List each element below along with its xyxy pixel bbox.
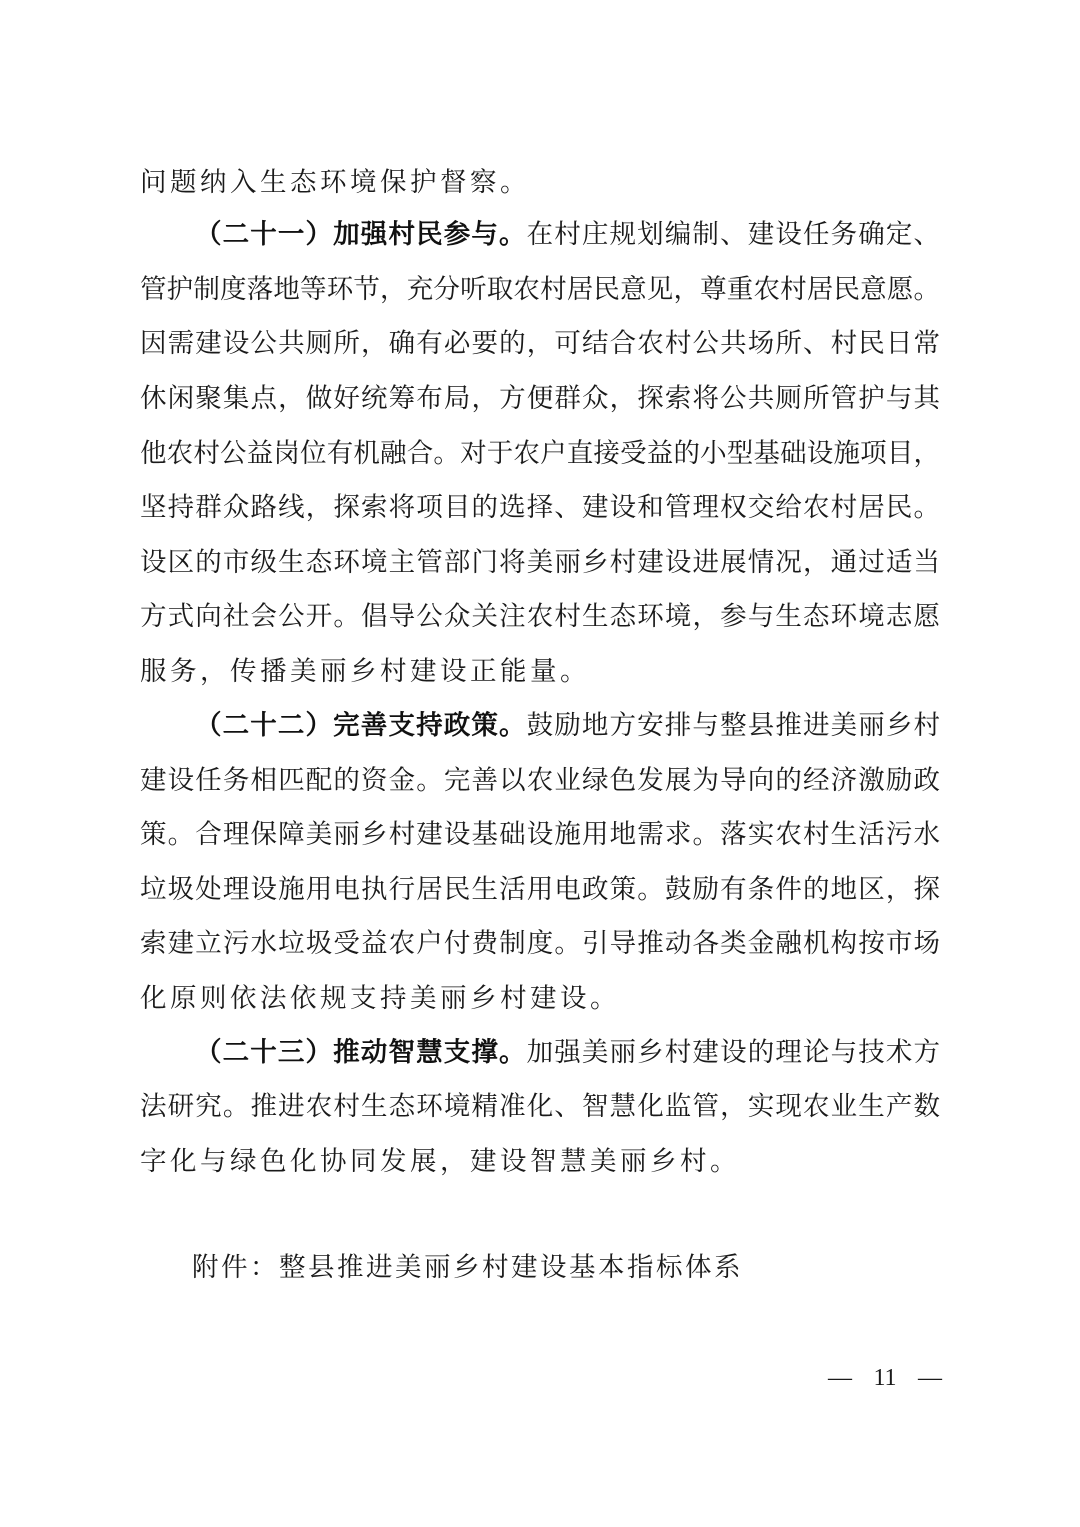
section-heading-line: （二十一）加强村民参与。在村庄规划编制、建设任务确定、 [195, 215, 940, 255]
paragraph-line: 垃圾处理设施用电执行居民生活用电政策。鼓励有条件的地区，探 [140, 870, 940, 910]
paragraph-line: 管护制度落地等环节，充分听取农村居民意见，尊重农村居民意愿。 [140, 270, 940, 310]
line-text: 管护制度落地等环节，充分听取农村居民意见，尊重农村居民意愿。 [140, 274, 940, 305]
paragraph-line: 坚持群众路线，探索将项目的选择、建设和管理权交给农村居民。 [140, 488, 940, 528]
line-text: 鼓励地方安排与整县推进美丽乡村 [527, 710, 940, 741]
line-text: 问题纳入生态环境保护督察。 [140, 167, 530, 198]
paragraph-line: 他农村公益岗位有机融合。对于农户直接受益的小型基础设施项目， [140, 434, 940, 474]
line-text: 因需建设公共厕所，确有必要的，可结合农村公共场所、村民日常 [140, 328, 940, 359]
line-text: 设区的市级生态环境主管部门将美丽乡村建设进展情况，通过适当 [140, 547, 940, 578]
page-number-left-dash: — [828, 1360, 852, 1396]
line-text: 方式向社会公开。倡导公众关注农村生态环境，参与生态环境志愿 [140, 601, 940, 632]
paragraph-line: 休闲聚集点，做好统筹布局，方便群众，探索将公共厕所管护与其 [140, 379, 940, 419]
section-heading: （二十二）完善支持政策。 [195, 710, 527, 741]
line-text: 坚持群众路线，探索将项目的选择、建设和管理权交给农村居民。 [140, 492, 940, 523]
line-text: 服务，传播美丽乡村建设正能量。 [140, 656, 590, 687]
section-heading: （二十一）加强村民参与。 [195, 219, 527, 250]
page-number-value: 11 [873, 1360, 896, 1396]
line-text: 索建立污水垃圾受益农户付费制度。引导推动各类金融机构按市场 [140, 928, 940, 959]
paragraph-line: 因需建设公共厕所，确有必要的，可结合农村公共场所、村民日常 [140, 324, 940, 364]
line-text: 策。合理保障美丽乡村建设基础设施用地需求。落实农村生活污水 [140, 819, 940, 850]
attachment-note: 附件：整县推进美丽乡村建设基本指标体系 [192, 1248, 743, 1288]
paragraph-line: 化原则依法依规支持美丽乡村建设。 [140, 979, 940, 1019]
section-heading-line: （二十三）推动智慧支撑。加强美丽乡村建设的理论与技术方 [195, 1033, 940, 1073]
page-number: — 11 — [828, 1360, 942, 1396]
paragraph-line: 策。合理保障美丽乡村建设基础设施用地需求。落实农村生活污水 [140, 815, 940, 855]
page-number-right-dash: — [918, 1360, 942, 1396]
document-page: 问题纳入生态环境保护督察。（二十一）加强村民参与。在村庄规划编制、建设任务确定、… [0, 0, 1080, 1527]
paragraph-line: 法研究。推进农村生态环境精准化、智慧化监管，实现农业生产数 [140, 1087, 940, 1127]
paragraph-line: 字化与绿色化协同发展，建设智慧美丽乡村。 [140, 1142, 940, 1182]
paragraph-line: 设区的市级生态环境主管部门将美丽乡村建设进展情况，通过适当 [140, 543, 940, 583]
section-heading-line: （二十二）完善支持政策。鼓励地方安排与整县推进美丽乡村 [195, 706, 940, 746]
paragraph-line: 方式向社会公开。倡导公众关注农村生态环境，参与生态环境志愿 [140, 597, 940, 637]
line-text: 字化与绿色化协同发展，建设智慧美丽乡村。 [140, 1146, 740, 1177]
line-text: 在村庄规划编制、建设任务确定、 [527, 219, 940, 250]
paragraph-line: 建设任务相匹配的资金。完善以农业绿色发展为导向的经济激励政 [140, 761, 940, 801]
paragraph-line: 问题纳入生态环境保护督察。 [140, 163, 940, 203]
section-heading: （二十三）推动智慧支撑。 [195, 1037, 527, 1068]
line-text: 垃圾处理设施用电执行居民生活用电政策。鼓励有条件的地区，探 [140, 874, 940, 905]
paragraph-line: 索建立污水垃圾受益农户付费制度。引导推动各类金融机构按市场 [140, 924, 940, 964]
line-text: 建设任务相匹配的资金。完善以农业绿色发展为导向的经济激励政 [140, 765, 940, 796]
line-text: 加强美丽乡村建设的理论与技术方 [527, 1037, 940, 1068]
line-text: 法研究。推进农村生态环境精准化、智慧化监管，实现农业生产数 [140, 1091, 940, 1122]
line-text: 化原则依法依规支持美丽乡村建设。 [140, 983, 620, 1014]
line-text: 他农村公益岗位有机融合。对于农户直接受益的小型基础设施项目， [140, 438, 940, 469]
paragraph-line: 服务，传播美丽乡村建设正能量。 [140, 652, 940, 692]
line-text: 休闲聚集点，做好统筹布局，方便群众，探索将公共厕所管护与其 [140, 383, 940, 414]
